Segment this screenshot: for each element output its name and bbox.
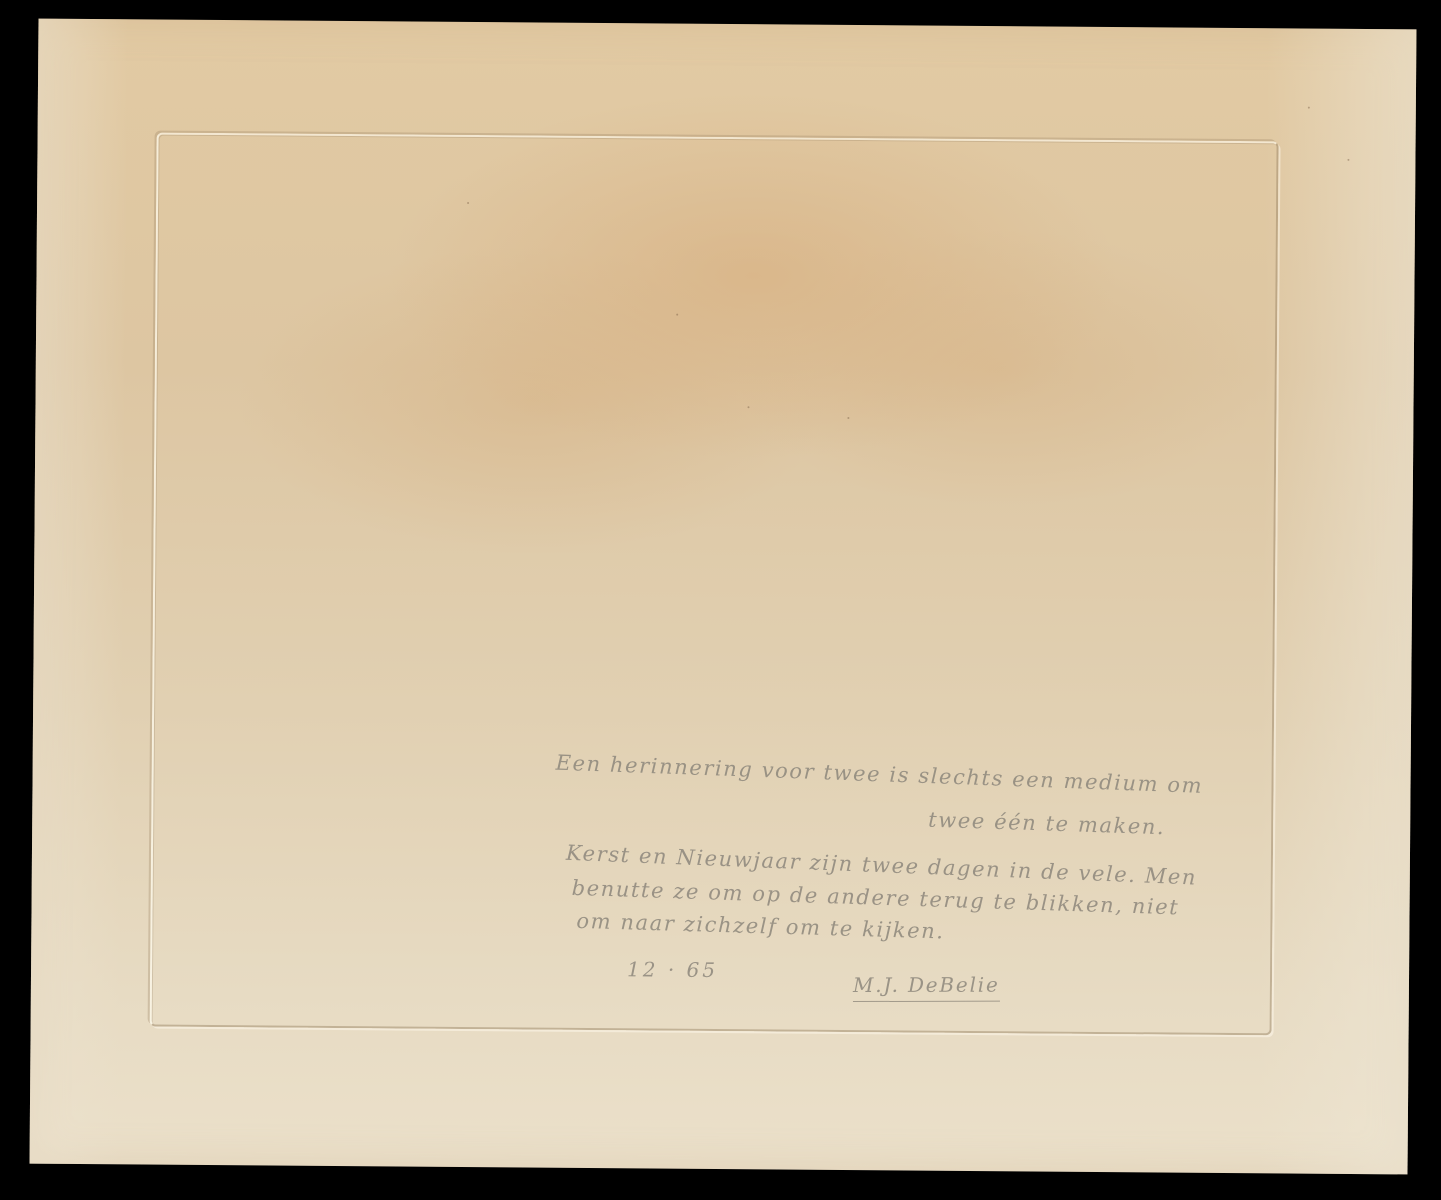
paper-edge-highlight-left bbox=[30, 19, 129, 1165]
paper-speck bbox=[747, 406, 749, 408]
paper-speck bbox=[1347, 159, 1349, 161]
paper-speck bbox=[1308, 107, 1310, 109]
paper-speck bbox=[847, 417, 849, 419]
paper-edge-highlight-right bbox=[1257, 28, 1416, 1174]
paper-speck bbox=[467, 202, 469, 204]
scan-background: Een herinnering voor twee is slechts een… bbox=[0, 0, 1441, 1200]
inscription-date: 12 · 65 bbox=[627, 957, 718, 982]
signature: M.J. DeBelie bbox=[853, 973, 1000, 1002]
paper-sheet: Een herinnering voor twee is slechts een… bbox=[30, 19, 1417, 1175]
paper-speck bbox=[676, 314, 678, 316]
